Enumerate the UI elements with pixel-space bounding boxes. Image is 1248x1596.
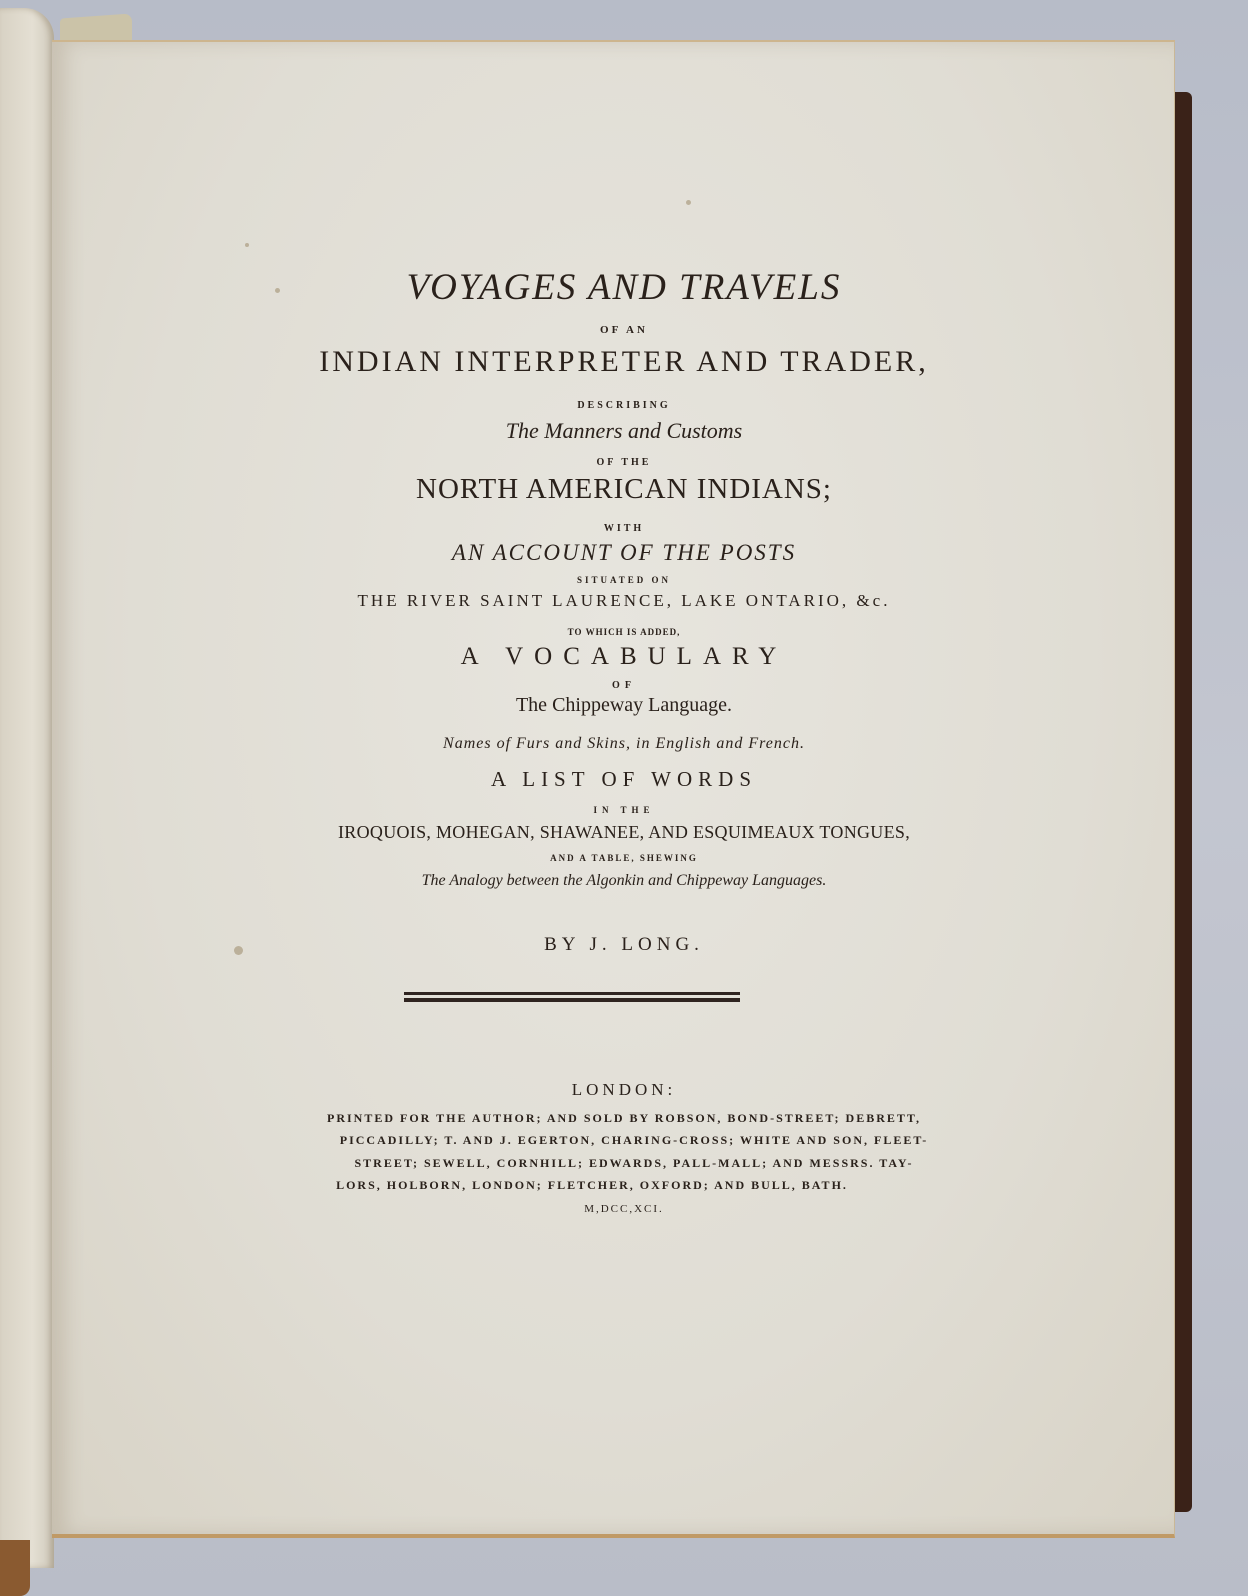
title-line-saint-laurence: THE RIVER SAINT LAURENCE, LAKE ONTARIO, … [0, 591, 1248, 611]
title-line-voyages: VOYAGES AND TRAVELS [0, 266, 1248, 309]
title-line-chippeway: The Chippeway Language. [0, 694, 1248, 717]
double-rule-divider [404, 992, 740, 1002]
imprint-line-2: PICCADILLY; T. AND J. EGERTON, CHARING-C… [10, 1133, 1248, 1148]
imprint-line-3: STREET; SEWELL, CORNHILL; EDWARDS, PALL-… [10, 1156, 1248, 1171]
title-line-of: OF [0, 680, 1248, 691]
title-line-situated: SITUATED ON [0, 575, 1248, 585]
title-line-of-the: OF THE [0, 457, 1248, 468]
title-line-tongues: IROQUOIS, MOHEGAN, SHAWANEE, AND ESQUIME… [0, 822, 1248, 843]
title-line-interpreter: INDIAN INTERPRETER AND TRADER, [0, 345, 1248, 379]
title-line-added: TO WHICH IS ADDED, [0, 627, 1248, 637]
binding-corner [0, 1540, 30, 1596]
imprint-place: LONDON: [0, 1080, 1248, 1100]
imprint-line-1: PRINTED FOR THE AUTHOR; AND SOLD BY ROBS… [0, 1111, 1248, 1126]
title-line-analogy: The Analogy between the Algonkin and Chi… [0, 872, 1248, 890]
title-line-in-the: IN THE [0, 805, 1248, 815]
title-line-describing: DESCRIBING [0, 400, 1248, 411]
imprint-line-4: LORS, HOLBORN, LONDON; FLETCHER, OXFORD;… [0, 1178, 1216, 1193]
foxing-spot [686, 200, 691, 205]
title-line-north-american: NORTH AMERICAN INDIANS; [0, 473, 1248, 506]
title-line-vocabulary: A VOCABULARY [0, 643, 1248, 671]
title-line-with: WITH [0, 523, 1248, 534]
title-line-table: AND A TABLE, SHEWING [0, 853, 1248, 863]
title-line-furs-skins: Names of Furs and Skins, in English and … [0, 735, 1248, 753]
author-line: BY J. LONG. [0, 934, 1248, 956]
title-line-list-of-words: A LIST OF WORDS [0, 767, 1248, 792]
foxing-spot [245, 243, 249, 247]
title-line-account: AN ACCOUNT OF THE POSTS [0, 540, 1248, 566]
title-line-manners: The Manners and Customs [0, 418, 1248, 444]
imprint-date: M,DCC,XCI. [0, 1203, 1248, 1215]
title-line-of-an: OF AN [0, 324, 1248, 336]
